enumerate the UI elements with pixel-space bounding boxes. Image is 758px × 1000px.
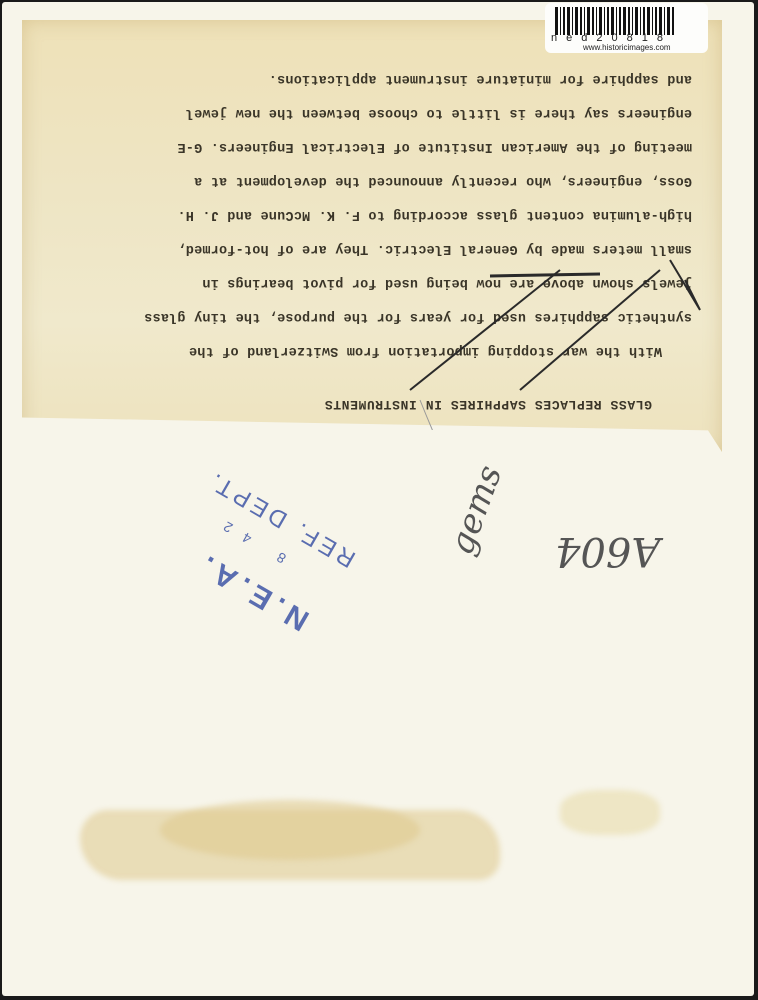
barcode-icon	[555, 7, 676, 35]
barcode-website: www.historicimages.com	[583, 43, 671, 52]
tape-stain	[560, 790, 660, 835]
clipping-line: Goss, engineers, who recently announced …	[144, 163, 692, 197]
clipping-line: engineers say there is little to choose …	[144, 95, 692, 129]
pen-slash-marks-icon	[400, 250, 720, 430]
tape-stain	[160, 800, 420, 860]
handwritten-code: A604	[555, 528, 660, 574]
barcode-label: ned20818 www.historicimages.com	[545, 3, 708, 53]
clipping-line: and sapphire for miniature instrument ap…	[144, 61, 692, 95]
clipping-line: meeting of the American Institute of Ele…	[144, 129, 692, 163]
clipping-line: high-alumina content glass according to …	[144, 197, 692, 231]
